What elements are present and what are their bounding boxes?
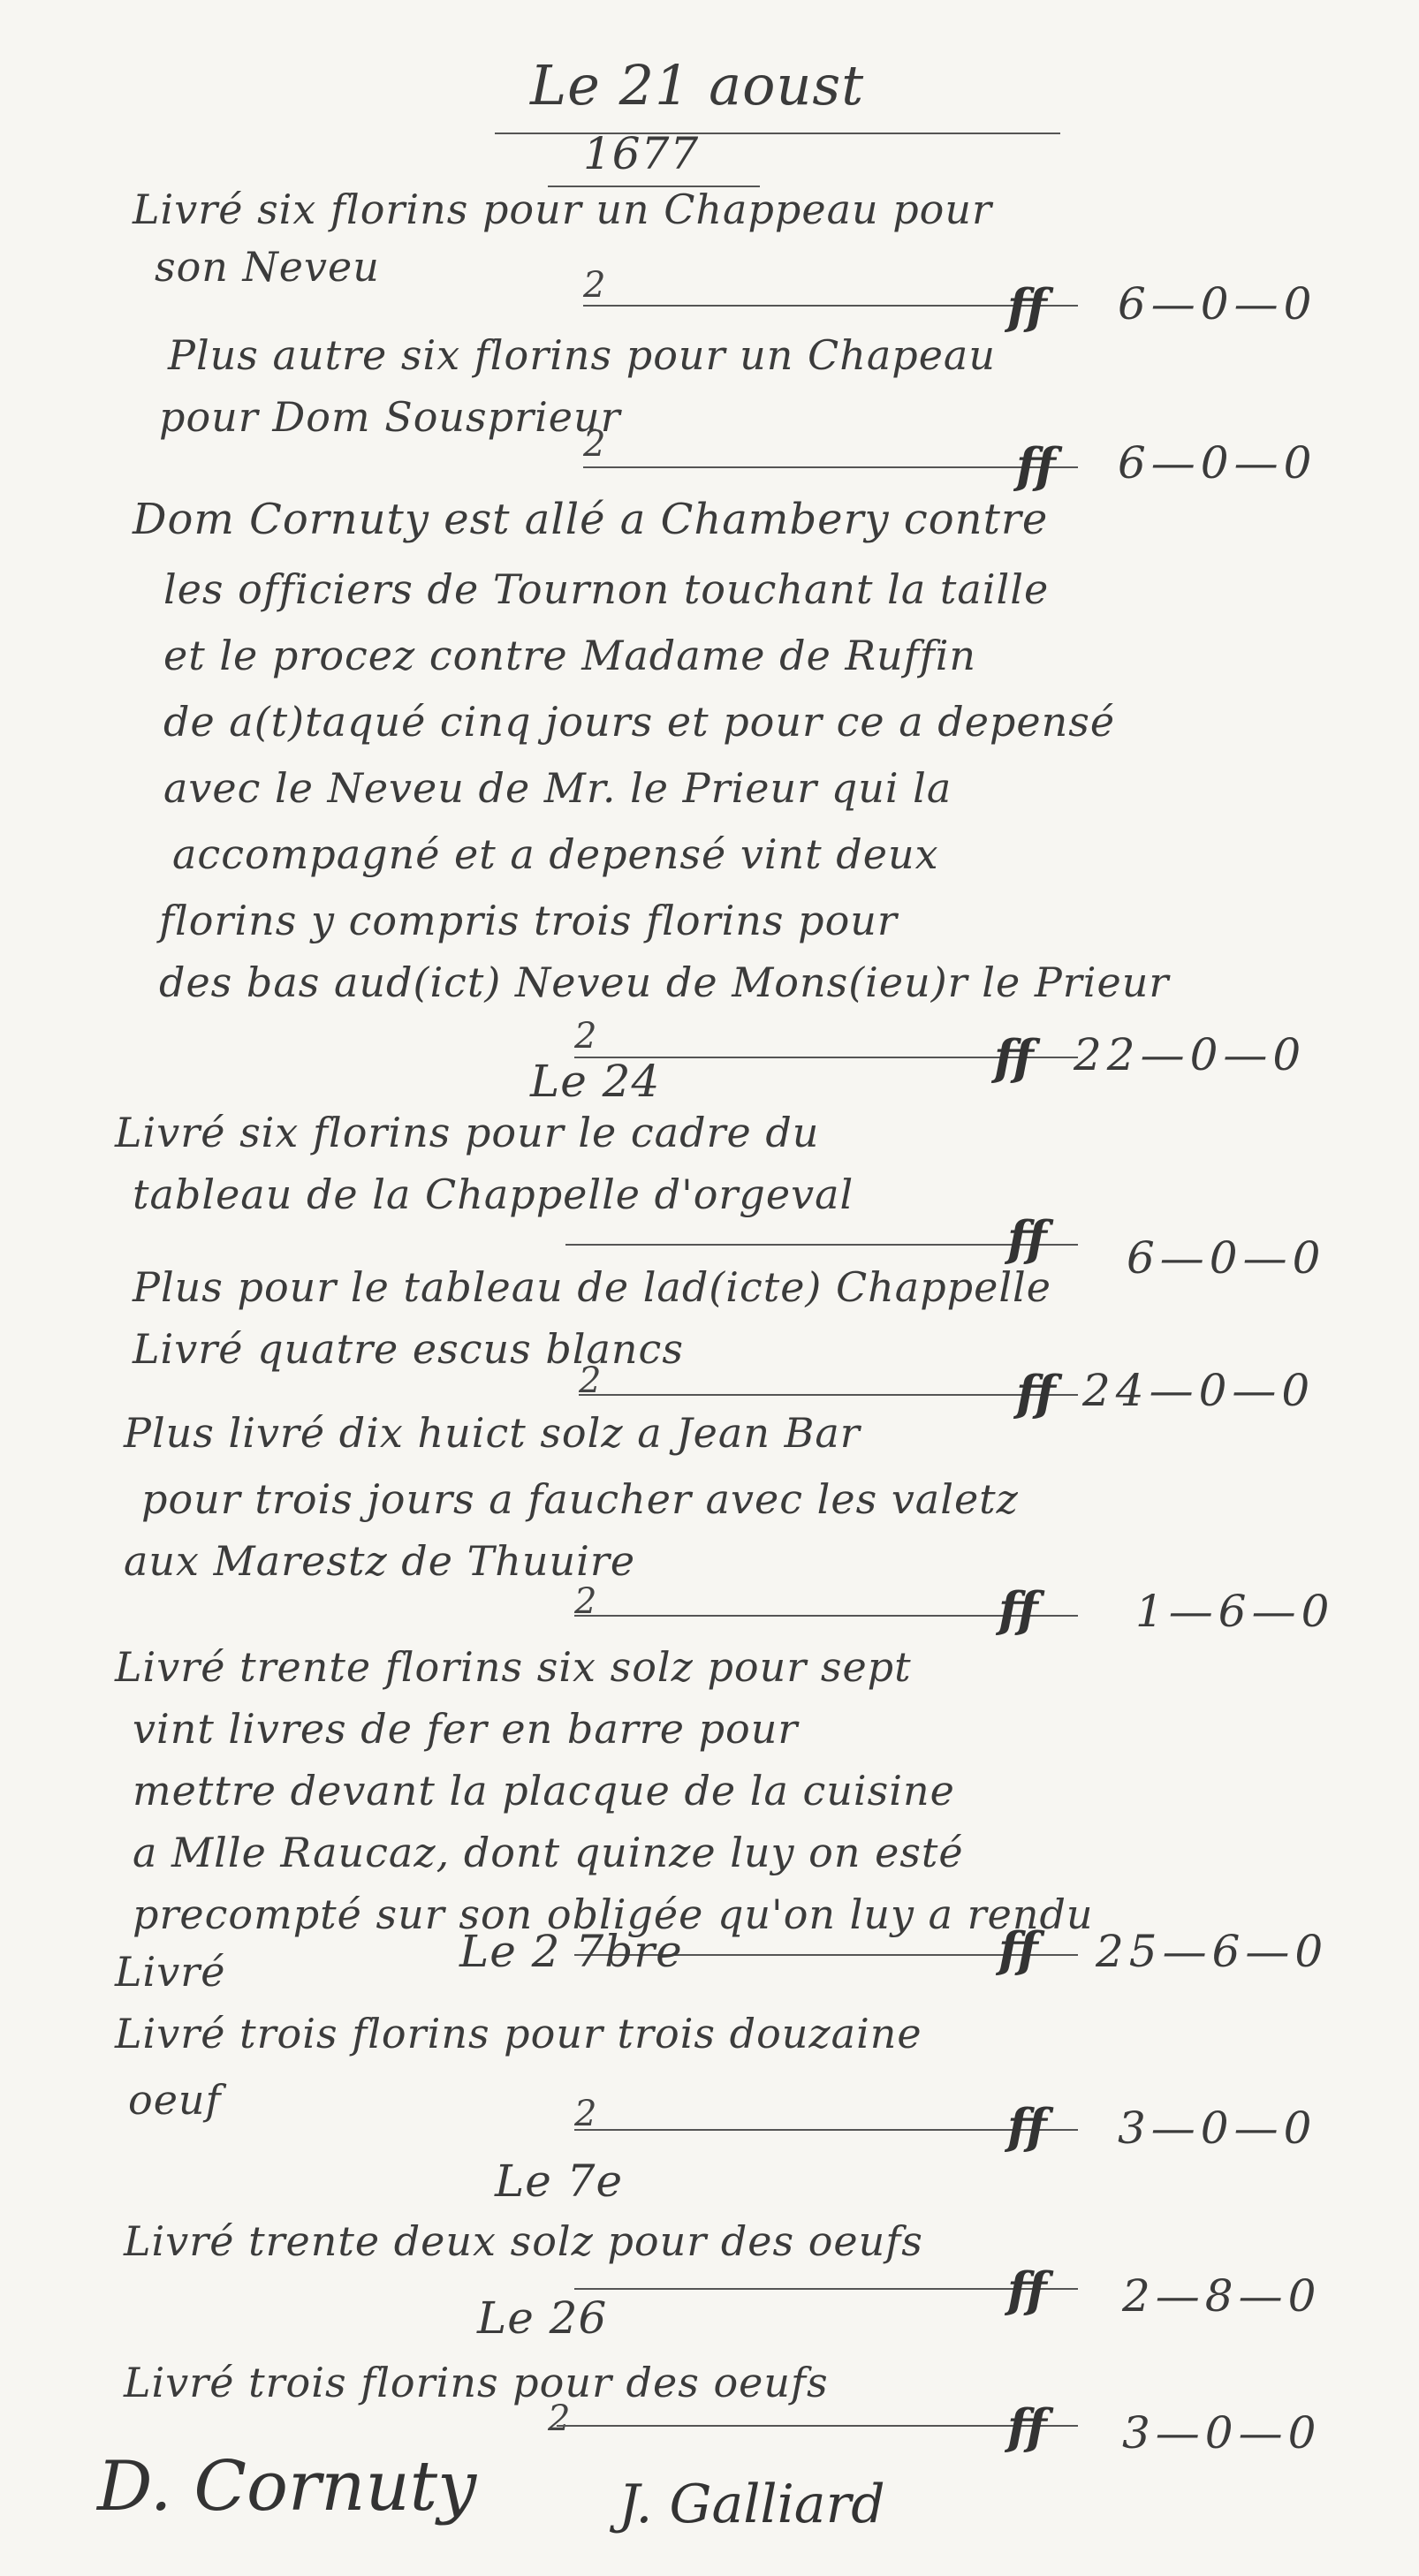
entry-line: pour Dom Sousprieur <box>159 393 621 441</box>
entry-amount: 6—0—0 <box>1127 1232 1325 1284</box>
entry-line: Livré trente deux solz pour des oeufs <box>124 2217 923 2265</box>
entry-line: pour trois jours a faucher avec les vale… <box>141 1475 1019 1523</box>
entry-line: Plus pour le tableau de lad(icte) Chappe… <box>133 1263 1051 1311</box>
entry-line: Livré <box>115 1948 225 1996</box>
entry-date: Le 7e <box>495 2156 623 2207</box>
entry-amount: 24—0—0 <box>1082 1365 1315 1416</box>
entry-line: de a(t)taqué cinq jours et pour ce a dep… <box>163 698 1115 746</box>
entry-line: oeuf <box>128 2076 222 2124</box>
livres-symbol: ff <box>1007 1210 1047 1267</box>
entry-mark: 2 <box>583 424 605 465</box>
entry-line: florins y compris trois florins pour <box>159 897 898 944</box>
entry-date: Le 2 7bre <box>459 1926 683 1977</box>
entry-rule <box>583 466 1078 468</box>
entry-rule <box>557 2425 1078 2427</box>
entry-rule <box>579 1394 1078 1396</box>
entry-rule <box>574 2129 1078 2131</box>
entry-mark: 2 <box>583 265 605 306</box>
entry-rule <box>583 305 1078 307</box>
entry-amount: 25—6—0 <box>1096 1926 1328 1977</box>
header-underline <box>495 133 1060 134</box>
entry-date: Le 26 <box>477 2292 607 2344</box>
header-date: Le 21 aoust <box>530 53 864 117</box>
signature-galliard: J. Galliard <box>618 2474 885 2535</box>
entry-line: vint livres de fer en barre pour <box>133 1705 798 1753</box>
livres-symbol: ff <box>1007 2098 1047 2155</box>
livres-symbol: ff <box>1007 2398 1047 2455</box>
livres-symbol: ff <box>994 1029 1034 1086</box>
entry-amount: 6—0—0 <box>1118 278 1317 330</box>
entry-line: Livré trois florins pour des oeufs <box>124 2359 829 2406</box>
entry-line: aux Marestz de Thuuire <box>124 1537 635 1585</box>
entry-amount: 2—8—0 <box>1122 2270 1321 2322</box>
entry-line: avec le Neveu de Mr. le Prieur qui la <box>163 764 952 812</box>
entry-amount: 3—0—0 <box>1118 2102 1317 2154</box>
entry-line: Livré six florins pour un Chappeau pour <box>133 186 992 233</box>
entry-line: Dom Cornuty est allé a Chambery contre <box>133 495 1048 544</box>
entry-rule <box>565 1244 1078 1246</box>
livres-symbol: ff <box>1007 278 1047 335</box>
entry-date: Le 24 <box>530 1056 660 1107</box>
entry-line: et le procez contre Madame de Ruffin <box>163 632 976 679</box>
entry-line: mettre devant la placque de la cuisine <box>133 1767 955 1815</box>
entry-amount: 3—0—0 <box>1122 2407 1321 2459</box>
entry-line: son Neveu <box>155 243 380 291</box>
entry-amount: 6—0—0 <box>1118 437 1317 489</box>
entry-line: Plus autre six florins pour un Chapeau <box>168 331 996 379</box>
entry-line: Livré trois florins pour trois douzaine <box>115 2010 922 2057</box>
entry-line: Plus livré dix huict solz a Jean Bar <box>124 1409 861 1457</box>
signature-cornuty: D. Cornuty <box>97 2447 476 2527</box>
entry-line: a Mlle Raucaz, dont quinze luy on esté <box>133 1829 964 1876</box>
entry-mark: 2 <box>574 1016 596 1057</box>
entry-line: accompagné et a depensé vint deux <box>172 830 939 878</box>
livres-symbol: ff <box>1016 1365 1056 1421</box>
livres-symbol: ff <box>998 1581 1038 1638</box>
entry-rule <box>574 2288 1078 2290</box>
entry-mark: 2 <box>548 2398 570 2439</box>
livres-symbol: ff <box>998 1921 1038 1978</box>
livres-symbol: ff <box>1007 2262 1047 2318</box>
livres-symbol: ff <box>1016 437 1056 494</box>
header-year: 1677 <box>583 128 699 179</box>
entry-line: les officiers de Tournon touchant la tai… <box>163 565 1049 613</box>
entry-line: Livré six florins pour le cadre du <box>115 1109 819 1156</box>
entry-amount: 22—0—0 <box>1074 1029 1306 1080</box>
entry-line: des bas aud(ict) Neveu de Mons(ieu)r le … <box>159 958 1169 1006</box>
entry-amount: 1—6—0 <box>1135 1586 1334 1637</box>
entry-line: Livré trente florins six solz pour sept <box>115 1643 912 1691</box>
entry-line: tableau de la Chappelle d'orgeval <box>133 1171 854 1218</box>
